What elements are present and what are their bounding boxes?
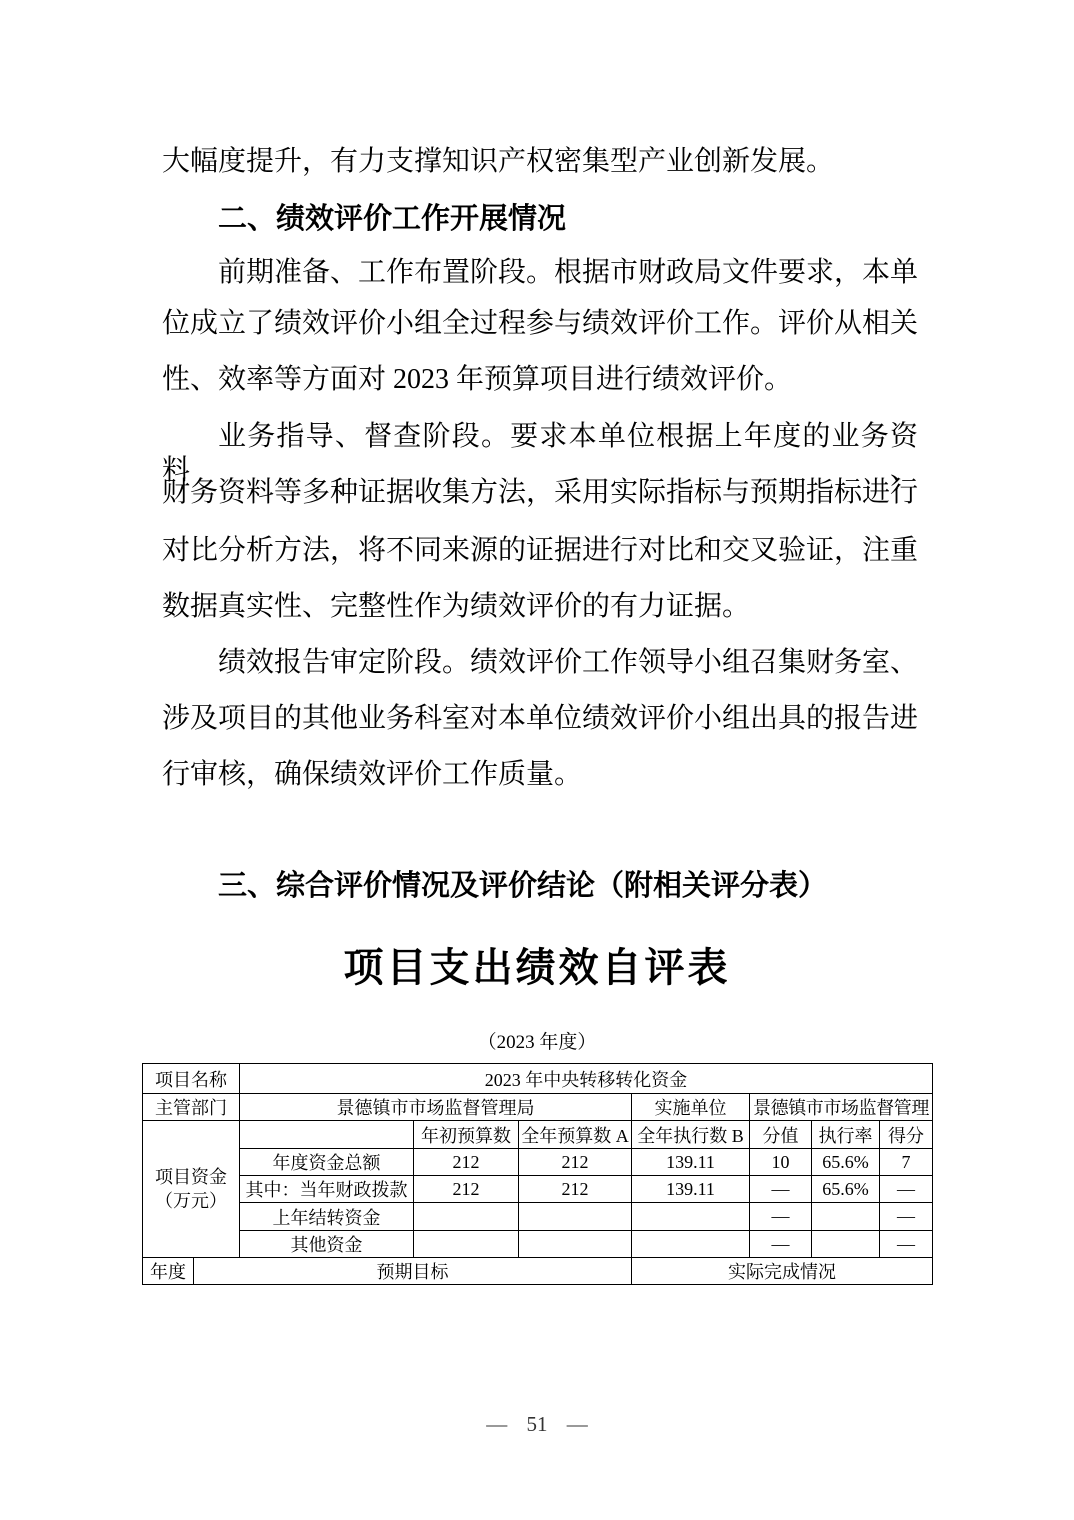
body-line: 涉及项目的其他业务科室对本单位绩效评价小组出具的报告进 [162, 702, 918, 736]
table-cell: — [750, 1231, 812, 1258]
body-line: 数据真实性、完整性作为绩效评价的有力证据。 [162, 590, 918, 624]
dept-label: 主管部门 [143, 1094, 240, 1121]
body-line: 位成立了绩效评价小组全过程参与绩效评价工作。评价从相关 [162, 307, 918, 341]
table-cell: 10 [750, 1149, 812, 1176]
funds-label: 项目资金 （万元） [143, 1121, 240, 1258]
table-cell [632, 1231, 750, 1258]
table-cell: — [880, 1231, 933, 1258]
self-eval-table: 项目名称 2023 年中央转移转化资金 主管部门 景德镇市市场监督管理局 实施单… [142, 1063, 933, 1285]
table-cell: 65.6% [812, 1149, 880, 1176]
body-line: 大幅度提升，有力支撑知识产权密集型产业创新发展。 [162, 145, 918, 179]
table-cell [240, 1121, 414, 1149]
header-score: 得分 [880, 1121, 933, 1149]
self-eval-table-subtitle: （2023 年度） [0, 1031, 1074, 1055]
table-cell: 212 [519, 1176, 632, 1203]
table-cell [519, 1231, 632, 1258]
table-cell: 212 [519, 1149, 632, 1176]
year-label: 年度 [143, 1258, 194, 1285]
table-row: 年度资金总额 212 212 139.11 10 65.6% 7 [143, 1149, 933, 1176]
table-cell: 212 [414, 1176, 519, 1203]
row-label: 其他资金 [240, 1231, 414, 1258]
table-cell: 7 [880, 1149, 933, 1176]
table-row: 项目名称 2023 年中央转移转化资金 [143, 1064, 933, 1094]
table-cell: 65.6% [812, 1176, 880, 1203]
section-heading-3: 三、综合评价情况及评价结论（附相关评分表） [162, 869, 942, 903]
table-cell: — [750, 1203, 812, 1231]
row-label: 年度资金总额 [240, 1149, 414, 1176]
self-eval-table-title: 项目支出绩效自评表 [0, 942, 1074, 994]
section-heading-2: 二、绩效评价工作开展情况 [162, 202, 942, 236]
header-budget-full: 全年预算数 A [519, 1121, 632, 1149]
table-row: 上年结转资金 — — [143, 1203, 933, 1231]
table-cell [519, 1203, 632, 1231]
header-budget-initial: 年初预算数 [414, 1121, 519, 1149]
table-row: 项目资金 （万元） 年初预算数 全年预算数 A 全年执行数 B 分值 执行率 得… [143, 1121, 933, 1149]
table-cell: 139.11 [632, 1176, 750, 1203]
table-row: 主管部门 景德镇市市场监督管理局 实施单位 景德镇市市场监督管理 [143, 1094, 933, 1121]
body-line: 行审核，确保绩效评价工作质量。 [162, 758, 918, 792]
page-number: — 51 — [0, 1412, 1074, 1437]
table-cell [812, 1231, 880, 1258]
table-row: 其他资金 — — [143, 1231, 933, 1258]
actual-result-cell: 实际完成情况 [632, 1258, 933, 1285]
body-line: 性、效率等方面对 2023 年预算项目进行绩效评价。 [162, 363, 918, 397]
table-cell: 139.11 [632, 1149, 750, 1176]
table-cell [414, 1203, 519, 1231]
table-cell: — [750, 1176, 812, 1203]
unit-label: 实施单位 [632, 1094, 750, 1121]
project-name-value: 2023 年中央转移转化资金 [240, 1064, 933, 1094]
table-cell: 212 [414, 1149, 519, 1176]
body-line: 对比分析方法，将不同来源的证据进行对比和交叉验证，注重 [162, 534, 918, 568]
table-cell: — [880, 1203, 933, 1231]
table-cell [632, 1203, 750, 1231]
document-page: 大幅度提升，有力支撑知识产权密集型产业创新发展。 二、绩效评价工作开展情况 前期… [0, 0, 1074, 1520]
dept-value: 景德镇市市场监督管理局 [240, 1094, 632, 1121]
body-line: 前期准备、工作布置阶段。根据市财政局文件要求，本单 [162, 256, 918, 290]
body-line: 绩效报告审定阶段。绩效评价工作领导小组召集财务室、 [162, 646, 918, 680]
header-weight: 分值 [750, 1121, 812, 1149]
row-label: 上年结转资金 [240, 1203, 414, 1231]
header-exec-num: 全年执行数 B [632, 1121, 750, 1149]
header-exec-rate: 执行率 [812, 1121, 880, 1149]
body-line: 财务资料等多种证据收集方法，采用实际指标与预期指标进行 [162, 476, 918, 510]
table-cell [812, 1203, 880, 1231]
table-row: 年度 预期目标 实际完成情况 [143, 1258, 933, 1285]
expected-goal-cell: 预期目标 [194, 1258, 632, 1285]
row-label: 其中：当年财政拨款 [240, 1176, 414, 1203]
table-row: 其中：当年财政拨款 212 212 139.11 — 65.6% — [143, 1176, 933, 1203]
table-cell [414, 1231, 519, 1258]
project-name-label: 项目名称 [143, 1064, 240, 1094]
table-cell: — [880, 1176, 933, 1203]
unit-value: 景德镇市市场监督管理 [750, 1094, 933, 1121]
